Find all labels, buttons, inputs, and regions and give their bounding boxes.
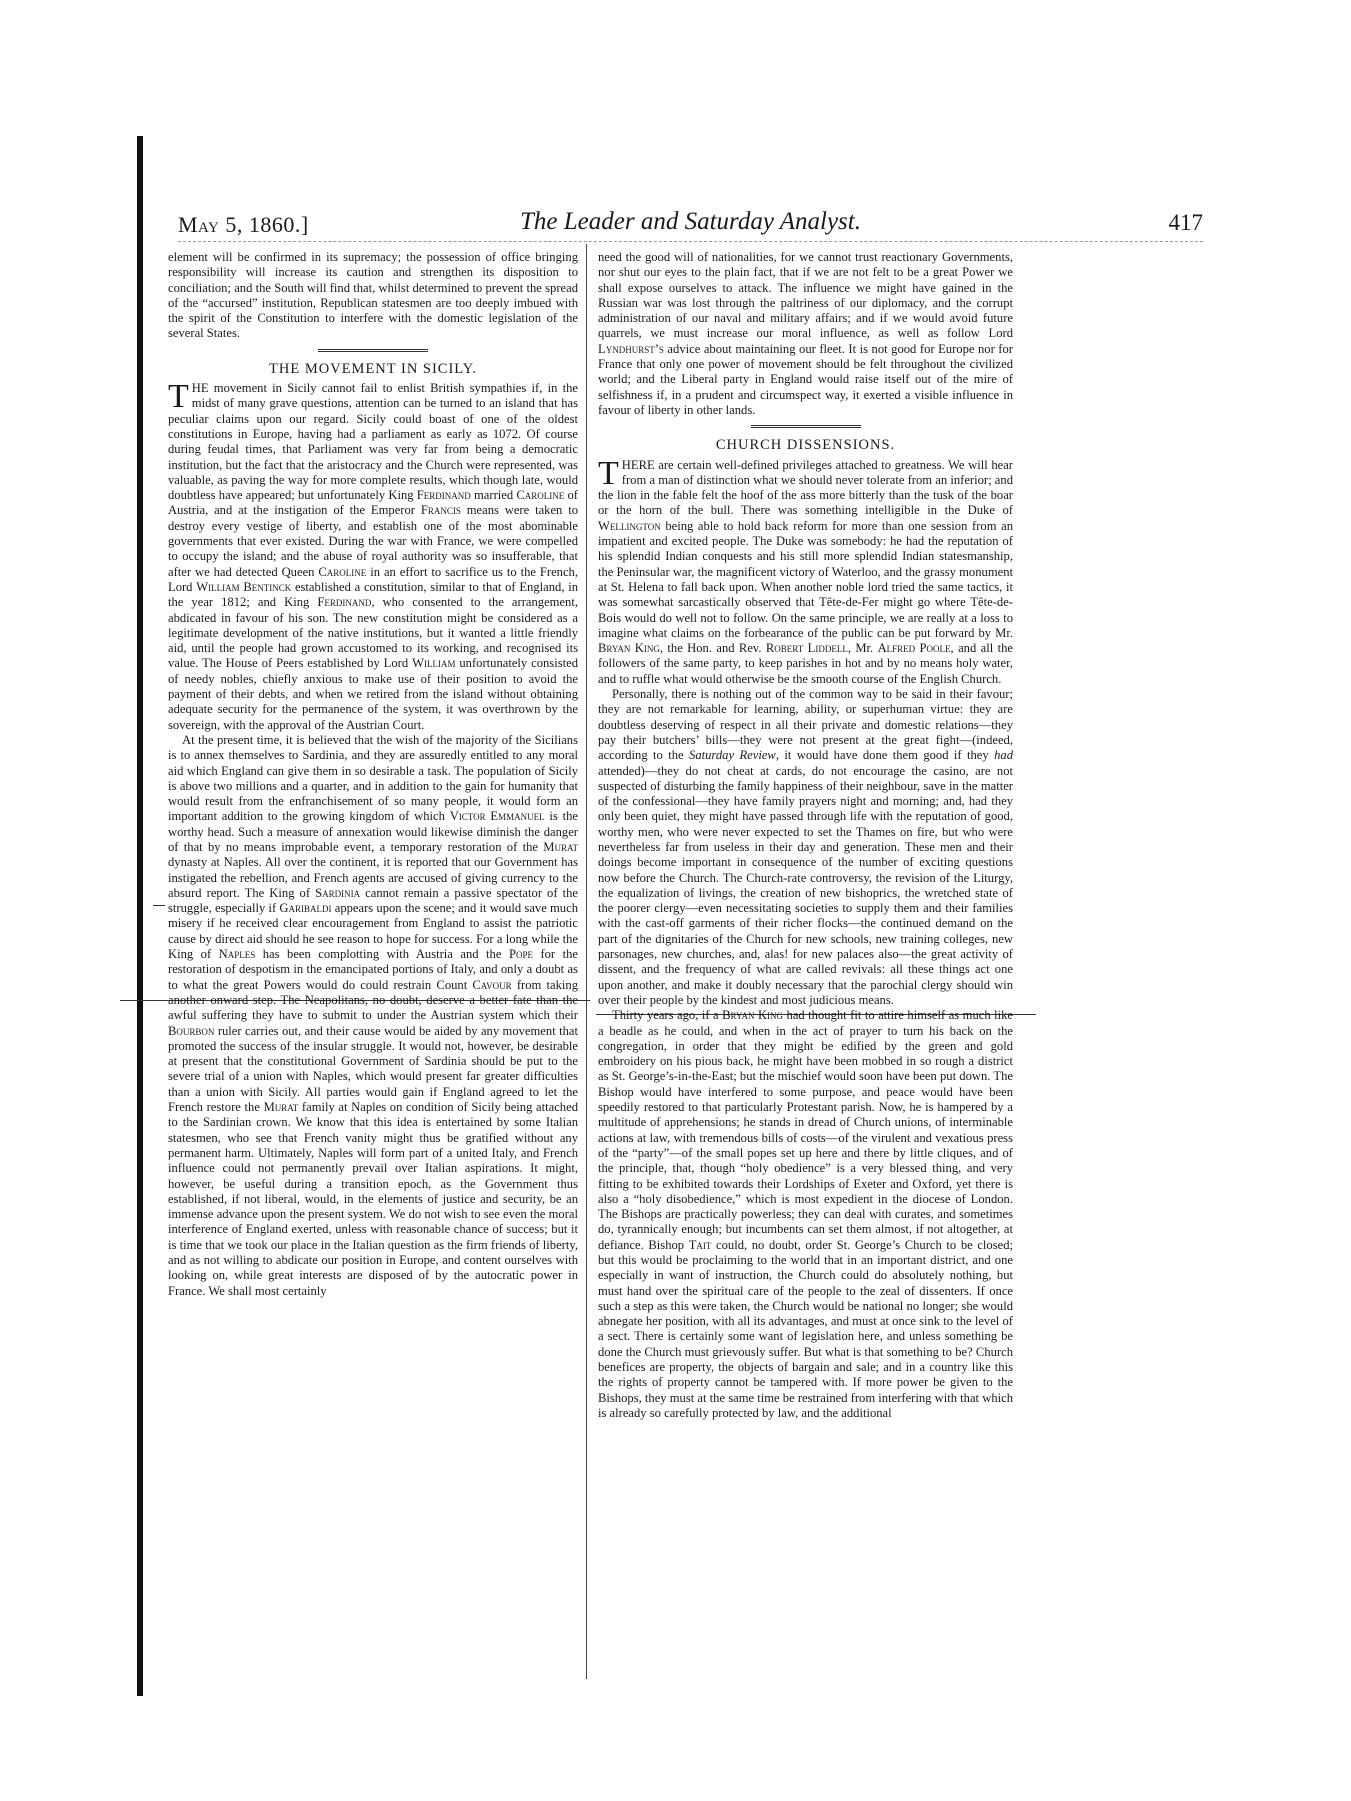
article-title-church: CHURCH DISSENSIONS.	[598, 438, 1013, 453]
proper-name: Victor Emmanuel	[450, 809, 545, 823]
article-paragraph: Personally, there is nothing out of the …	[598, 687, 1013, 1008]
article-paragraph: THERE are certain well-defined privilege…	[598, 458, 1013, 687]
margin-mark	[153, 905, 165, 906]
proper-name: Naples	[219, 947, 256, 961]
proper-name: Ferdinand	[317, 595, 371, 609]
proper-name: Sardinia	[315, 886, 360, 900]
right-column: need the good will of nationalities, for…	[598, 250, 1013, 1421]
proper-name: Alfred Poole	[878, 641, 951, 655]
proper-name: William Bentinck	[196, 580, 291, 594]
carryover-paragraph: need the good will of nationalities, for…	[598, 250, 1013, 418]
proper-name: Francis	[421, 503, 461, 517]
proper-name: Murat	[543, 840, 578, 854]
drop-cap: T	[168, 383, 189, 411]
page-header: May 5, 1860.] The Leader and Saturday An…	[178, 206, 1203, 240]
article-title-sicily: THE MOVEMENT IN SICILY.	[168, 362, 578, 377]
left-column: element will be confirmed in its suprema…	[168, 250, 578, 1299]
column-divider	[586, 244, 587, 1679]
publication-reference: Saturday Review	[689, 748, 776, 762]
publication-title: The Leader and Saturday Analyst.	[178, 208, 1203, 236]
proper-name: Wellington	[598, 519, 661, 533]
header-rule	[178, 241, 1203, 242]
proper-name: Pope	[509, 947, 533, 961]
proper-name: Lyndhurst’s	[598, 342, 664, 356]
drop-cap: T	[598, 460, 619, 488]
proper-name: William	[412, 656, 455, 670]
proper-name: Robert Liddell	[766, 641, 848, 655]
article-paragraph: At the present time, it is believed that…	[168, 733, 578, 1299]
section-rule	[751, 425, 861, 429]
proper-name: Murat	[264, 1100, 299, 1114]
proper-name: Bryan King	[598, 641, 660, 655]
proper-name: Cavour	[472, 978, 511, 992]
proper-name: Caroline	[516, 488, 564, 502]
emphasis: had	[994, 748, 1013, 762]
page-number: 417	[1169, 210, 1204, 236]
article-paragraph: Thirty years ago, if a Bryan King had th…	[598, 1008, 1013, 1421]
proper-name: Caroline	[318, 565, 366, 579]
proper-name: Garibaldi	[279, 901, 331, 915]
proper-name: Bryan King	[722, 1008, 783, 1022]
proper-name: Tait	[689, 1238, 712, 1252]
section-rule	[318, 349, 428, 353]
binding-edge-bar	[137, 136, 143, 1696]
proper-name: Bourbon	[168, 1024, 214, 1038]
proper-name: Ferdinand	[417, 488, 471, 502]
article-paragraph: THE movement in Sicily cannot fail to en…	[168, 381, 578, 733]
carryover-paragraph: element will be confirmed in its suprema…	[168, 250, 578, 342]
